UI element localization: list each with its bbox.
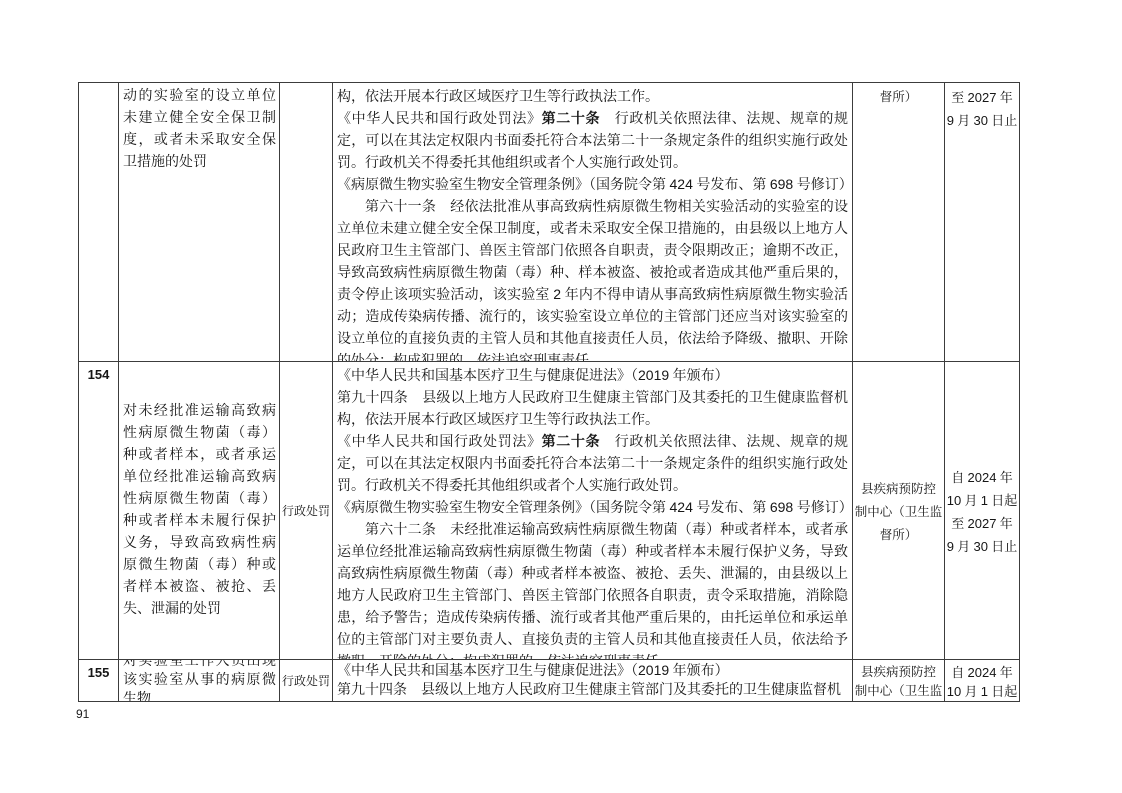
document-page: 动的实验室的设立单位未建立健全安全保卫制度，或者未采取安全保卫措施的处罚 构，依…	[0, 0, 1122, 793]
legal-basis-cell: 《中华人民共和国基本医疗卫生与健康促进法》（2019 年颁布）第九十四条 县级以…	[333, 660, 853, 701]
row-number-cell	[79, 83, 119, 362]
legal-paragraph: 第六十一条 经依法批准从事高致病性病原微生物相关实验活动的实验室的设立单位未建立…	[337, 197, 848, 362]
item-cell: 动的实验室的设立单位未建立健全安全保卫制度，或者未采取安全保卫措施的处罚	[119, 83, 280, 362]
legal-paragraph: 构，依法开展本行政区域医疗卫生等行政执法工作。	[337, 87, 848, 109]
period-cell: 至 2027 年9 月 30 日止	[945, 83, 1019, 362]
item-text: 对实验室工作人员出现该实验室从事的病原微生物	[123, 660, 276, 701]
item-text: 对未经批准运输高致病性病原微生物菌（毒）种或者样本，或者承运单位经批准运输高致病…	[123, 401, 276, 621]
page-number: 91	[76, 707, 89, 721]
period-lines: 自 2024 年10 月 1 日起至 2027 年9 月 30 日止	[945, 466, 1019, 558]
row-number: 155	[79, 665, 118, 680]
row-number-cell: 155	[79, 660, 119, 701]
legal-paragraph: 第六十二条 未经批准运输高致病性病原微生物菌（毒）种或者样本，或者承运单位经批准…	[337, 520, 848, 660]
penalty-type: 行政处罚	[280, 503, 332, 519]
legal-paragraph: 《中华人民共和国行政处罚法》第二十条 行政机关依照法律、法规、规章的规定，可以在…	[337, 432, 848, 498]
agency-lines: 县疾病预防控制中心（卫生监督所）	[853, 478, 944, 547]
penalty-type-cell: 行政处罚	[280, 660, 333, 701]
regulation-table: 动的实验室的设立单位未建立健全安全保卫制度，或者未采取安全保卫措施的处罚 构，依…	[78, 82, 1020, 702]
row-number-cell: 154	[79, 362, 119, 660]
legal-paragraph: 《中华人民共和国行政处罚法》第二十条 行政机关依照法律、法规、规章的规定，可以在…	[337, 109, 848, 175]
agency-lines: 县疾病预防控制中心（卫生监	[853, 663, 944, 701]
legal-paragraph: 《病原微生物实验室生物安全管理条例》（国务院令第 424 号发布、第 698 号…	[337, 175, 848, 197]
legal-paragraph: 第九十四条 县级以上地方人民政府卫生健康主管部门及其委托的卫生健康监督机构，依法…	[337, 388, 848, 432]
penalty-type: 行政处罚	[280, 673, 332, 689]
item-text: 动的实验室的设立单位未建立健全安全保卫制度，或者未采取安全保卫措施的处罚	[123, 86, 276, 174]
penalty-type-cell	[280, 83, 333, 362]
legal-paragraph: 第九十四条 县级以上地方人民政府卫生健康主管部门及其委托的卫生健康监督机	[337, 681, 848, 700]
row-number: 154	[79, 367, 118, 382]
legal-paragraph: 《中华人民共和国基本医疗卫生与健康促进法》（2019 年颁布）	[337, 366, 848, 388]
item-cell: 对实验室工作人员出现该实验室从事的病原微生物	[119, 660, 280, 701]
agency-cell: 县疾病预防控制中心（卫生监督所）	[853, 362, 945, 660]
agency-cell: 县疾病预防控制中心（卫生监	[853, 660, 945, 701]
period-cell: 自 2024 年10 月 1 日起至 2027 年9 月 30 日止	[945, 362, 1019, 660]
period-cell: 自 2024 年10 月 1 日起	[945, 660, 1019, 701]
period-lines: 至 2027 年9 月 30 日止	[945, 86, 1019, 132]
legal-paragraph: 《中华人民共和国基本医疗卫生与健康促进法》（2019 年颁布）	[337, 662, 848, 681]
legal-basis-cell: 构，依法开展本行政区域医疗卫生等行政执法工作。《中华人民共和国行政处罚法》第二十…	[333, 83, 853, 362]
agency-cell: 督所）	[853, 83, 945, 362]
item-cell: 对未经批准运输高致病性病原微生物菌（毒）种或者样本，或者承运单位经批准运输高致病…	[119, 362, 280, 660]
agency-lines: 督所）	[853, 86, 944, 109]
period-lines: 自 2024 年10 月 1 日起	[945, 663, 1019, 701]
legal-paragraph: 《病原微生物实验室生物安全管理条例》（国务院令第 424 号发布、第 698 号…	[337, 498, 848, 520]
legal-basis-cell: 《中华人民共和国基本医疗卫生与健康促进法》（2019 年颁布）第九十四条 县级以…	[333, 362, 853, 660]
penalty-type-cell: 行政处罚	[280, 362, 333, 660]
